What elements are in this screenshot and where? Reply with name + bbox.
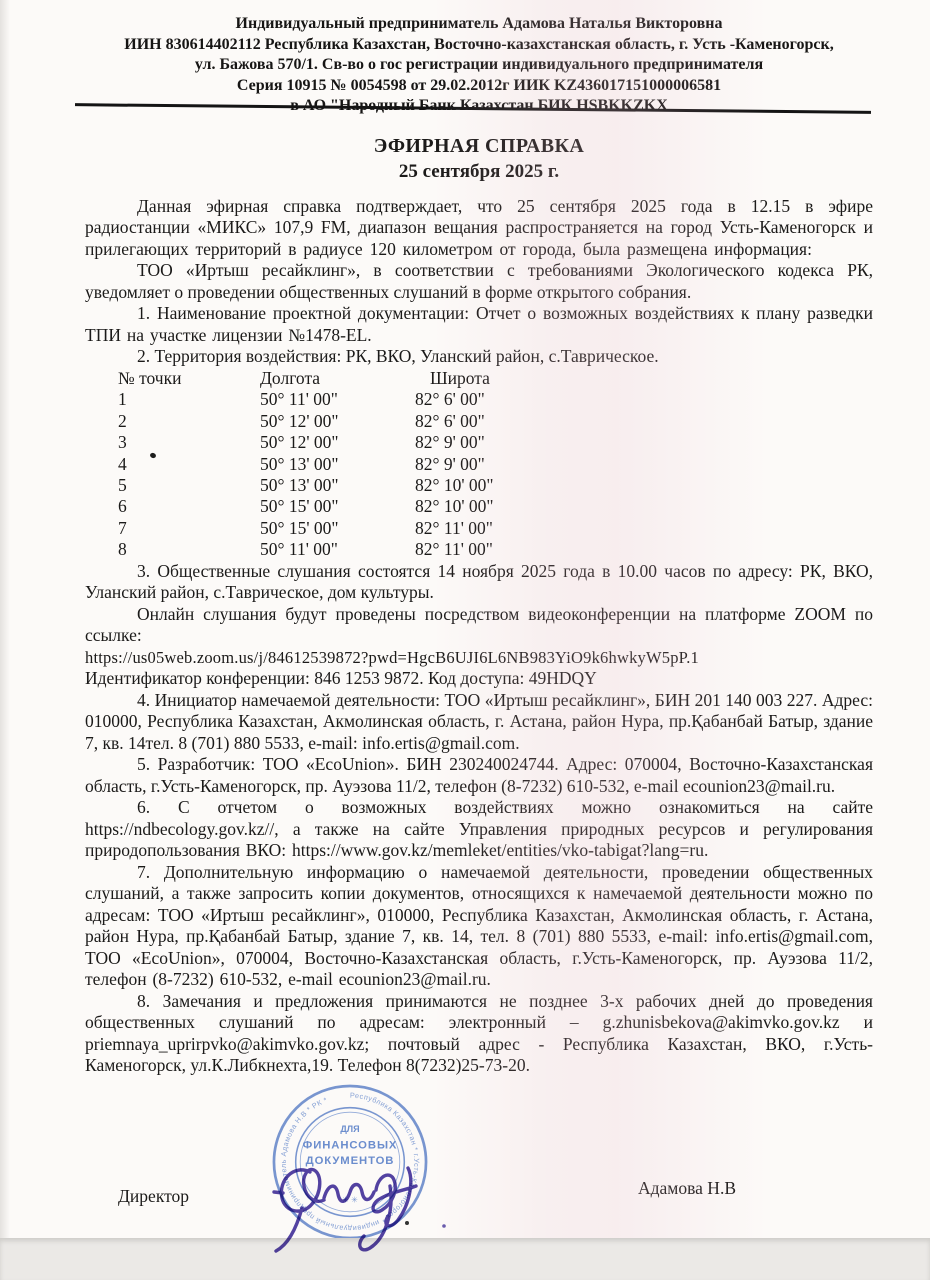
- letterhead-line-4: Серия 10915 № 0054598 от 29.02.2012г ИИК…: [85, 76, 873, 97]
- letterhead-line-1: Индивидуальный предприниматель Адамова Н…: [85, 14, 873, 35]
- table-row: 3 50° 12' 00" 82° 9' 00": [118, 432, 873, 453]
- column-header-latitude: Широта: [415, 368, 873, 389]
- coordinates-table-header: № точки Долгота Широта: [118, 368, 873, 389]
- signoff-role: Директор: [118, 1186, 189, 1207]
- table-row: 5 50° 13' 00" 82° 10' 00": [118, 475, 873, 496]
- conference-id-line: Идентификатор конференции: 846 1253 9872…: [85, 668, 873, 690]
- letterhead: Индивидуальный предприниматель Адамова Н…: [85, 14, 873, 117]
- document-date: 25 сентября 2025 г.: [85, 161, 873, 183]
- document-content: Индивидуальный предприниматель Адамова Н…: [85, 14, 873, 1077]
- paragraph-item-4: 4. Инициатор намечаемой деятельности: ТО…: [85, 690, 873, 755]
- table-row: 7 50° 15' 00" 82° 11' 00": [118, 518, 873, 539]
- cell-point: 5: [118, 475, 260, 496]
- cell-point: 2: [118, 411, 260, 432]
- cell-point: 3: [118, 432, 260, 453]
- scanned-document-page: Республика Казахстан * г.Усть-Каменогорс…: [0, 0, 930, 1280]
- table-row: 8 50° 11' 00" 82° 11' 00": [118, 539, 873, 560]
- cell-longitude: 50° 11' 00": [260, 389, 415, 410]
- cell-point: 1: [118, 389, 260, 410]
- cell-longitude: 50° 12' 00": [260, 411, 415, 432]
- cell-latitude: 82° 11' 00": [415, 539, 873, 560]
- table-row: 6 50° 15' 00" 82° 10' 00": [118, 496, 873, 517]
- cell-latitude: 82° 9' 00": [415, 454, 873, 475]
- cell-point: 6: [118, 496, 260, 517]
- cell-longitude: 50° 15' 00": [260, 518, 415, 539]
- signature-ink: [258, 1146, 480, 1258]
- letterhead-line-3: ул. Бажова 570/1. Св-во о гос регистраци…: [85, 55, 873, 76]
- column-header-longitude: Долгота: [260, 368, 415, 389]
- cell-latitude: 82° 6' 00": [415, 411, 873, 432]
- cell-latitude: 82° 10' 00": [415, 475, 873, 496]
- cell-point: 4: [118, 454, 260, 475]
- paragraph-item-2: 2. Территория воздействия: РК, ВКО, Улан…: [85, 346, 873, 368]
- paragraph-item-1: 1. Наименование проектной документации: …: [85, 303, 873, 346]
- cell-latitude: 82° 11' 00": [415, 518, 873, 539]
- paragraph-intro-1: Данная эфирная справка подтверждает, что…: [85, 196, 873, 261]
- cell-longitude: 50° 12' 00": [260, 432, 415, 453]
- signoff-name: Адамова Н.В: [638, 1178, 736, 1199]
- paragraph-online: Онлайн слушания будут проведены посредст…: [85, 604, 873, 647]
- paragraph-item-7: 7. Дополнительную информацию о намечаемо…: [85, 862, 873, 991]
- paragraph-intro-2: ТОО «Иртыш ресайклинг», в соответствии с…: [85, 260, 873, 303]
- cell-longitude: 50° 15' 00": [260, 496, 415, 517]
- cell-longitude: 50° 11' 00": [260, 539, 415, 560]
- table-row: 4 50° 13' 00" 82° 9' 00": [118, 454, 873, 475]
- cell-latitude: 82° 9' 00": [415, 432, 873, 453]
- cell-latitude: 82° 6' 00": [415, 389, 873, 410]
- document-title: ЭФИРНАЯ СПРАВКА: [85, 135, 873, 158]
- table-row: 1 50° 11' 00" 82° 6' 00": [118, 389, 873, 410]
- letterhead-line-2: ИИН 830614402112 Республика Казахстан, В…: [85, 35, 873, 56]
- zoom-meeting-link: https://us05web.zoom.us/j/84612539872?pw…: [85, 647, 873, 669]
- column-header-point: № точки: [118, 368, 260, 389]
- document-body: Данная эфирная справка подтверждает, что…: [85, 196, 873, 1077]
- paragraph-item-6: 6. С отчетом о возможных воздействиях мо…: [85, 797, 873, 862]
- cell-longitude: 50° 13' 00": [260, 454, 415, 475]
- paragraph-item-8: 8. Замечания и предложения принимаются н…: [85, 991, 873, 1077]
- paragraph-item-5: 5. Разработчик: ТОО «EcoUnion». БИН 2302…: [85, 754, 873, 797]
- stamp-center-line-0: ДЛЯ: [340, 1124, 359, 1134]
- cell-point: 7: [118, 518, 260, 539]
- cell-point: 8: [118, 539, 260, 560]
- cell-longitude: 50° 13' 00": [260, 475, 415, 496]
- table-row: 2 50° 12' 00" 82° 6' 00": [118, 411, 873, 432]
- scan-left-edge-shadow: [0, 0, 10, 1238]
- coordinates-table: № точки Долгота Широта 1 50° 11' 00" 82°…: [118, 368, 873, 561]
- cell-latitude: 82° 10' 00": [415, 496, 873, 517]
- paragraph-item-3: 3. Общественные слушания состоятся 14 но…: [85, 561, 873, 604]
